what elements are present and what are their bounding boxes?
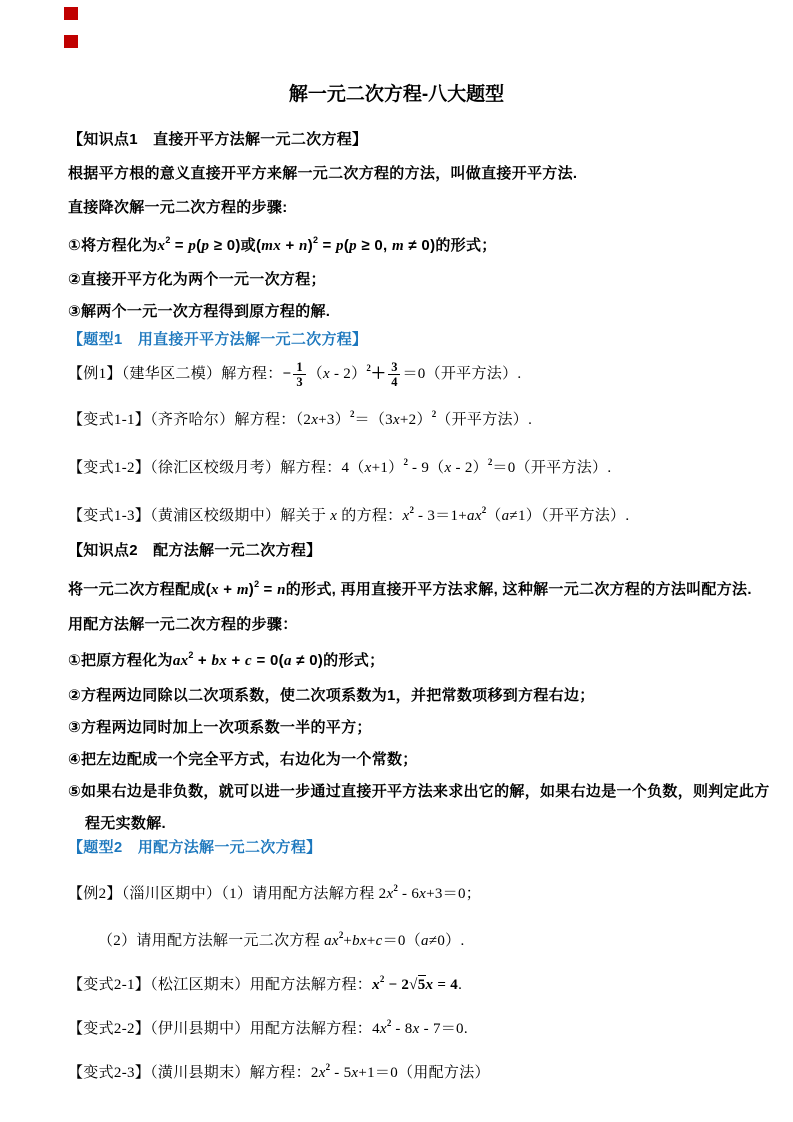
fraction: 34 [388, 360, 400, 390]
topic2-heading: 【题型2 用配方法解一元二次方程】 [68, 837, 737, 859]
page-title: 解一元二次方程-八大题型 [0, 0, 793, 106]
red-marker-bottom [64, 35, 78, 48]
kp1-desc: 根据平方根的意义直接开平方来解一元二次方程的方法，叫做直接开平方法. [68, 163, 737, 185]
kp2-step-3: ③方程两边同时加上一次项系数一半的平方； [68, 717, 737, 739]
document-body: 【知识点1 直接开平方法解一元二次方程】根据平方根的意义直接开平方来解一元二次方… [0, 129, 793, 1084]
fraction: 13 [293, 360, 305, 390]
topic1-heading: 【题型1 用直接开平方法解一元二次方程】 [68, 329, 737, 351]
kp2-step-5-cont: 程无实数解. [68, 813, 737, 835]
kp2-step-2: ②方程两边同除以二次项系数，使二次项系数为1，并把常数项移到方程右边； [68, 685, 737, 707]
variant-2-2: 【变式2-2】（伊川县期中）用配方法解方程：4x2 - 8x - 7＝0. [68, 1012, 737, 1040]
kp2-steps-label: 用配方法解一元二次方程的步骤： [68, 614, 737, 636]
document-page: 解一元二次方程-八大题型 【知识点1 直接开平方法解一元二次方程】根据平方根的意… [0, 0, 793, 1122]
variant-2-1: 【变式2-1】（松江区期末）用配方法解方程：x2 − 2√5x = 4. [68, 968, 737, 996]
kp2-step-5: ⑤如果右边是非负数，就可以进一步通过直接开平方法来求出它的解，如果右边是一个负数… [68, 781, 737, 803]
kp2-heading: 【知识点2 配方法解一元二次方程】 [68, 540, 737, 562]
example-2-part1: 【例2】（淄川区期中）（1）请用配方法解方程 2x2 - 6x+3＝0； [68, 877, 737, 905]
variant-2-3: 【变式2-3】（潢川县期末）解方程：2x2 - 5x+1＝0（用配方法） [68, 1056, 737, 1084]
kp1-step-3: ③解两个一元一次方程得到原方程的解. [68, 301, 737, 323]
kp2-desc: 将一元二次方程配成(x + m)2 = n的形式, 再用直接开平方法求解, 这种… [68, 573, 737, 601]
variant-1-1: 【变式1-1】（齐齐哈尔）解方程：（2x+3）2＝（3x+2）2（开平方法）. [68, 403, 737, 431]
kp1-heading: 【知识点1 直接开平方法解一元二次方程】 [68, 129, 737, 151]
example-1: 【例1】（建华区二模）解方程：−13（x - 2）2＋34＝0（开平方法）. [68, 357, 737, 389]
kp1-step-1: ①将方程化为x2 = p(p ≥ 0)或(mx + n)2 = p(p ≥ 0,… [68, 229, 737, 257]
variant-1-2: 【变式1-2】（徐汇区校级月考）解方程：4（x+1）2 - 9（x - 2）2＝… [68, 451, 737, 479]
example-2-part2: （2）请用配方法解一元二次方程 ax2+bx+c＝0（a≠0）. [68, 924, 737, 952]
kp1-step-2: ②直接开平方化为两个一元一次方程； [68, 269, 737, 291]
kp1-steps-label: 直接降次解一元二次方程的步骤: [68, 197, 737, 219]
red-marker-top [64, 7, 78, 20]
kp2-step-4: ④把左边配成一个完全平方式，右边化为一个常数； [68, 749, 737, 771]
variant-1-3: 【变式1-3】（黄浦区校级期中）解关于 x 的方程：x2 - 3＝1+ax2（a… [68, 499, 737, 527]
kp2-step-1: ①把原方程化为ax2 + bx + c = 0(a ≠ 0)的形式； [68, 644, 737, 672]
